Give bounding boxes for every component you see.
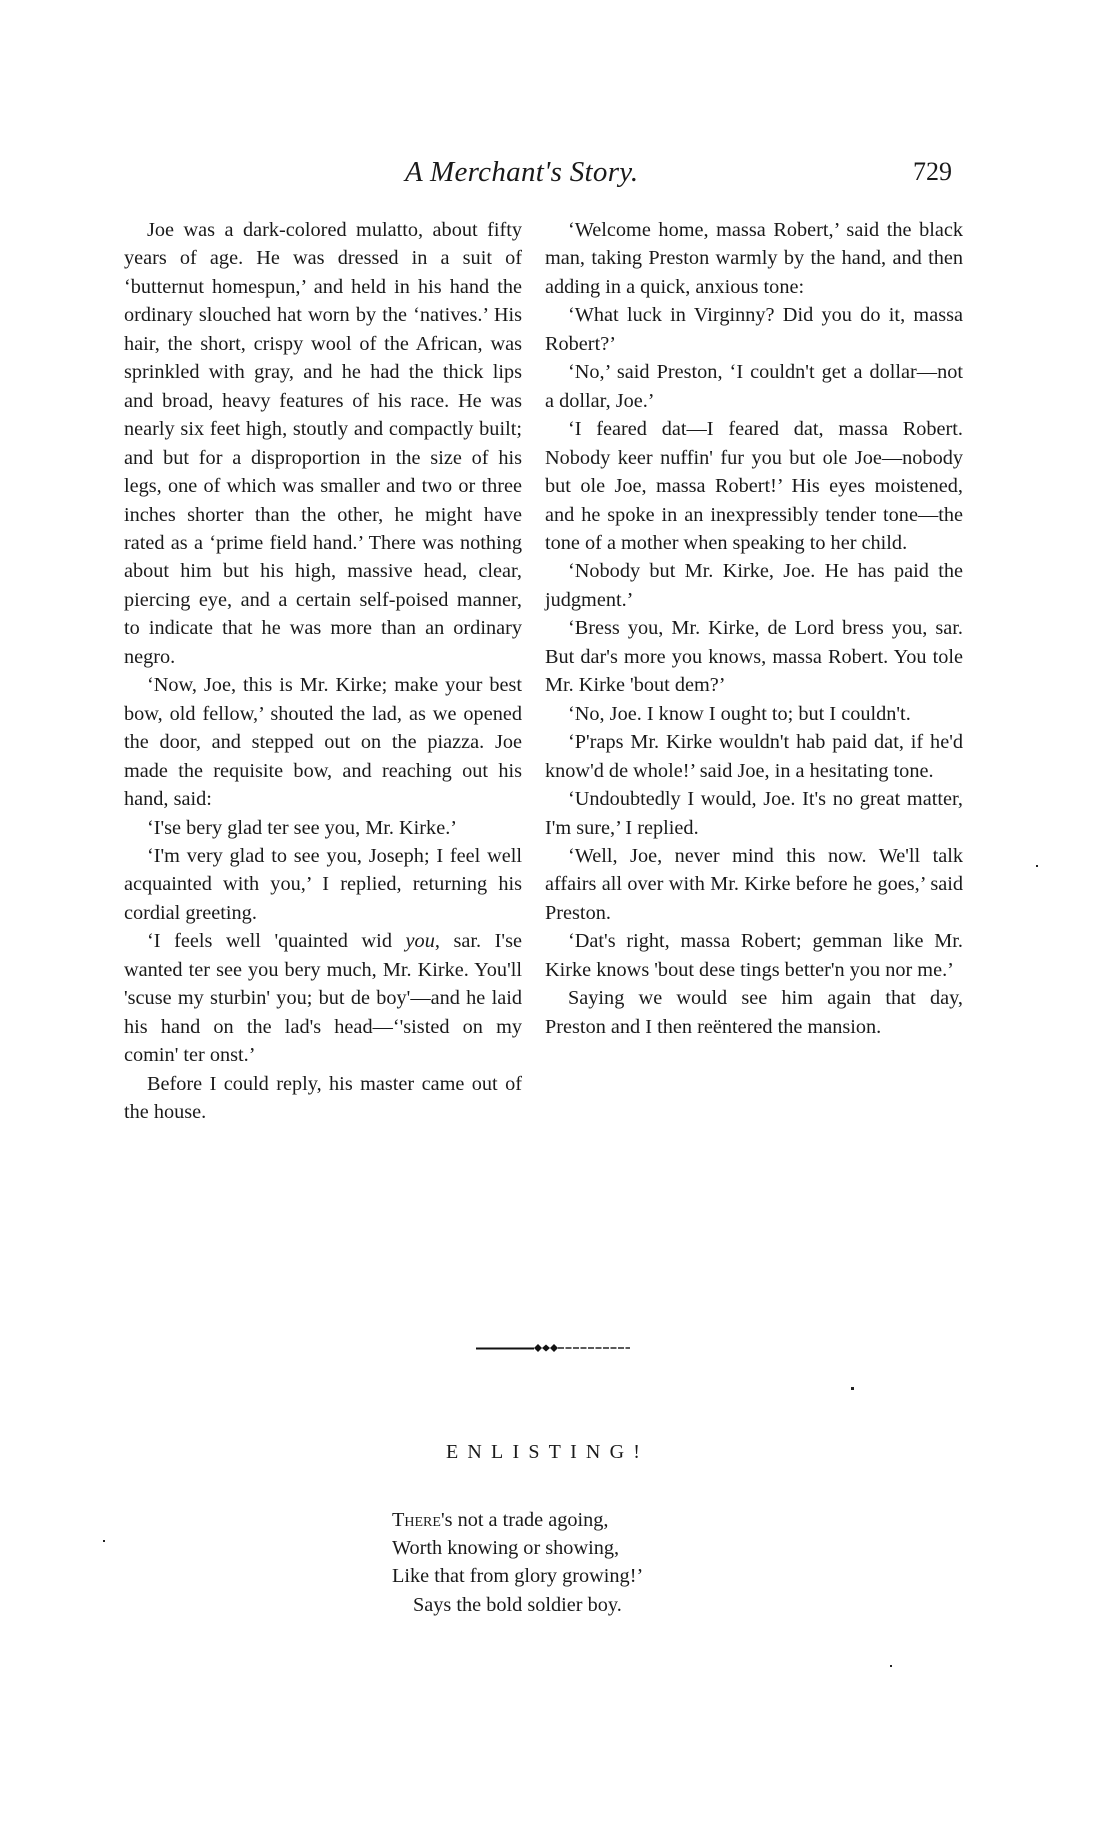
poem: There's not a trade agoing, Worth knowin…: [392, 1506, 643, 1619]
paragraph: ‘Welcome home, massa Robert,’ said the b…: [545, 216, 963, 301]
book-page: A Merchant's Story. 729 Joe was a dark-c…: [0, 0, 1120, 1825]
print-speck: [103, 1540, 105, 1542]
print-speck: [851, 1387, 854, 1390]
paragraph: ‘I'se bery glad ter see you, Mr. Kirke.’: [124, 814, 522, 842]
paragraph: ‘Dat's right, massa Robert; gemman like …: [545, 927, 963, 984]
poem-first-word: There: [392, 1509, 441, 1531]
paragraph: Saying we would see him again that day, …: [545, 984, 963, 1041]
paragraph: ‘Now, Joe, this is Mr. Kirke; make your …: [124, 671, 522, 813]
paragraph: ‘P'raps Mr. Kirke wouldn't hab paid dat,…: [545, 728, 963, 785]
poem-line: Like that from glory growing!’: [392, 1562, 643, 1590]
paragraph: ‘Undoubtedly I would, Joe. It's no great…: [545, 785, 963, 842]
emphasis-text: you: [406, 930, 435, 952]
paragraph-text: ‘I feels well 'quainted wid: [147, 930, 406, 952]
print-speck: [890, 1665, 892, 1667]
paragraph: Joe was a dark-colored mulatto, about fi…: [124, 216, 522, 671]
paragraph: ‘Well, Joe, never mind this now. We'll t…: [545, 842, 963, 927]
page-number: 729: [913, 155, 952, 189]
right-column: ‘Welcome home, massa Robert,’ said the b…: [545, 216, 963, 1041]
running-title: A Merchant's Story.: [405, 155, 638, 189]
paragraph: ‘No,’ said Preston, ‘I couldn't get a do…: [545, 358, 963, 415]
paragraph: ‘Bress you, Mr. Kirke, de Lord bress you…: [545, 614, 963, 699]
paragraph: ‘I'm very glad to see you, Joseph; I fee…: [124, 842, 522, 927]
paragraph: ‘No, Joe. I know I ought to; but I could…: [545, 700, 963, 728]
paragraph: ‘Nobody but Mr. Kirke, Joe. He has paid …: [545, 557, 963, 614]
paragraph: Before I could reply, his master came ou…: [124, 1070, 522, 1127]
poem-line-text: 's not a trade agoing,: [441, 1509, 609, 1531]
paragraph: ‘I feels well 'quainted wid you, sar. I'…: [124, 927, 522, 1069]
poem-line: Says the bold soldier boy.: [392, 1591, 643, 1619]
paragraph: ‘What luck in Virginny? Did you do it, m…: [545, 301, 963, 358]
poem-line: Worth knowing or showing,: [392, 1534, 643, 1562]
print-speck: [1036, 865, 1038, 867]
left-column: Joe was a dark-colored mulatto, about fi…: [124, 216, 522, 1127]
paragraph: ‘I feared dat—I feared dat, massa Robert…: [545, 415, 963, 557]
ornamental-rule-icon: [476, 1342, 630, 1354]
poem-title: ENLISTING!: [446, 1438, 649, 1466]
poem-line: There's not a trade agoing,: [392, 1506, 643, 1534]
